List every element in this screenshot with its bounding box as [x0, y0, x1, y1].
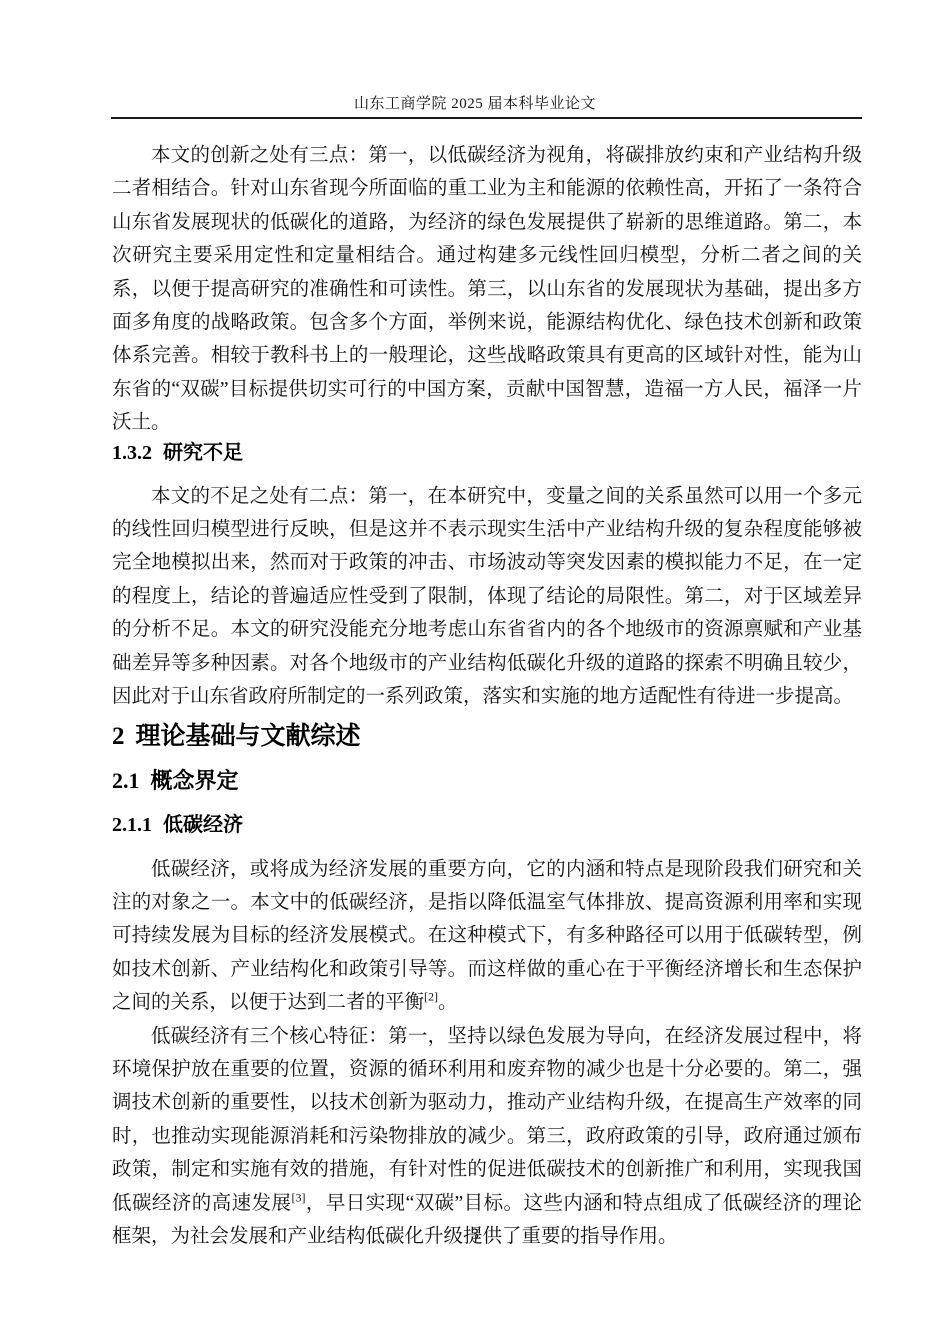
- page-footer: 3: [0, 1224, 950, 1246]
- heading-chapter-2-theory-literature: 2理论基础与文献综述: [112, 719, 862, 754]
- page-header-title: 山东工商学院 2025 届本科毕业论文: [0, 0, 950, 114]
- citation-ref-2: [2]: [424, 990, 438, 1004]
- heading-label: 低碳经济: [163, 814, 243, 836]
- paragraph-low-carbon-features: 低碳经济有三个核心特征：第一，坚持以绿色发展为导向，在经济发展过程中，将环境保护…: [112, 1020, 862, 1254]
- citation-ref-3: [3]: [291, 1190, 305, 1204]
- heading-2-1-concept-definition: 2.1概念界定: [112, 767, 862, 795]
- heading-label: 理论基础与文献综述: [136, 722, 361, 750]
- heading-2-1-1-low-carbon-economy: 2.1.1低碳经济: [112, 812, 862, 838]
- page-number: 3: [471, 1226, 479, 1243]
- paragraph-low-carbon-definition: 低碳经济，或将成为经济发展的重要方向，它的内涵和特点是现阶段我们研究和关注的对象…: [112, 853, 862, 1020]
- paragraph-text: 低碳经济有三个核心特征：第一，坚持以绿色发展为导向，在经济发展过程中，将环境保护…: [112, 1026, 862, 1214]
- page-content: 本文的创新之处有三点：第一，以低碳经济为视角，将碳排放约束和产业结构升级二者相结…: [112, 139, 862, 1253]
- heading-label: 研究不足: [163, 442, 243, 464]
- paragraph-text: 低碳经济，或将成为经济发展的重要方向，它的内涵和特点是现阶段我们研究和关注的对象…: [112, 859, 862, 1014]
- thesis-page: 山东工商学院 2025 届本科毕业论文 本文的创新之处有三点：第一，以低碳经济为…: [0, 0, 950, 1344]
- heading-number: 2.1: [112, 768, 140, 793]
- heading-label: 概念界定: [151, 768, 239, 793]
- heading-number: 2: [112, 723, 125, 750]
- paragraph-research-deficiency: 本文的不足之处有二点：第一，在本研究中，变量之间的关系虽然可以用一个多元的线性回…: [112, 480, 862, 714]
- heading-1-3-2-research-deficiency: 1.3.2研究不足: [112, 440, 862, 466]
- heading-number: 1.3.2: [112, 442, 152, 464]
- paragraph-innovations: 本文的创新之处有三点：第一，以低碳经济为视角，将碳排放约束和产业结构升级二者相结…: [112, 139, 862, 440]
- heading-number: 2.1.1: [112, 814, 152, 836]
- header-divider: [111, 117, 862, 119]
- paragraph-text: 。: [438, 992, 458, 1013]
